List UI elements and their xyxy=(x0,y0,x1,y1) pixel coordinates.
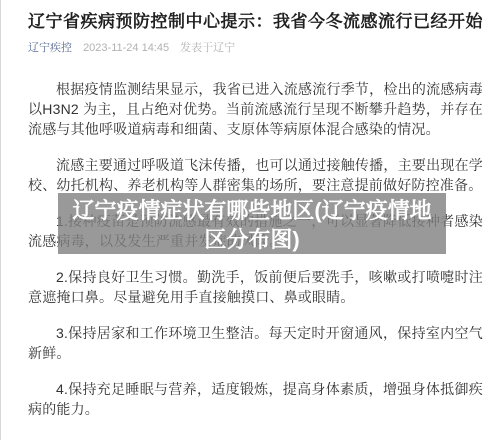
publish-datetime: 2023-11-24 14:45 xyxy=(83,42,169,54)
body-paragraph: 4.保持充足睡眠与营养，适度锻炼，提高身体素质，增强身体抵御疾病的能力。 xyxy=(28,379,483,419)
article-page: 辽宁省疾病预防控制中心提示：我省今冬流感流行已经开始 辽宁疾控 2023-11-… xyxy=(0,0,500,440)
body-paragraph: 根据疫情监测结果显示，我省已进入流感流行季节，检出的流感病毒以H3N2 为主，且… xyxy=(28,79,483,139)
article-meta: 辽宁疾控 2023-11-24 14:45 发表于辽宁 xyxy=(28,41,483,56)
body-paragraph: 2.保持良好卫生习惯。勤洗手，饭前便后要洗手，咳嗽或打喷嚏时注意遮掩口鼻。尽量避… xyxy=(28,267,483,307)
watermark-text: 辽宁疫情症状有哪些地区(辽宁疫情地区分布图) xyxy=(70,196,434,254)
publish-location: 发表于辽宁 xyxy=(180,42,235,54)
body-paragraph: 流感主要通过呼吸道飞沫传播，也可以通过接触传播，主要出现在学校、幼托机构、养老机… xyxy=(28,155,483,195)
account-name-link[interactable]: 辽宁疾控 xyxy=(28,42,72,54)
article-title: 辽宁省疾病预防控制中心提示：我省今冬流感流行已经开始 xyxy=(28,10,483,34)
watermark-overlay: 辽宁疫情症状有哪些地区(辽宁疫情地区分布图) xyxy=(58,193,446,254)
body-paragraph: 3.保持居家和工作环境卫生整洁。每天定时开窗通风，保持室内空气新鲜。 xyxy=(28,323,483,363)
